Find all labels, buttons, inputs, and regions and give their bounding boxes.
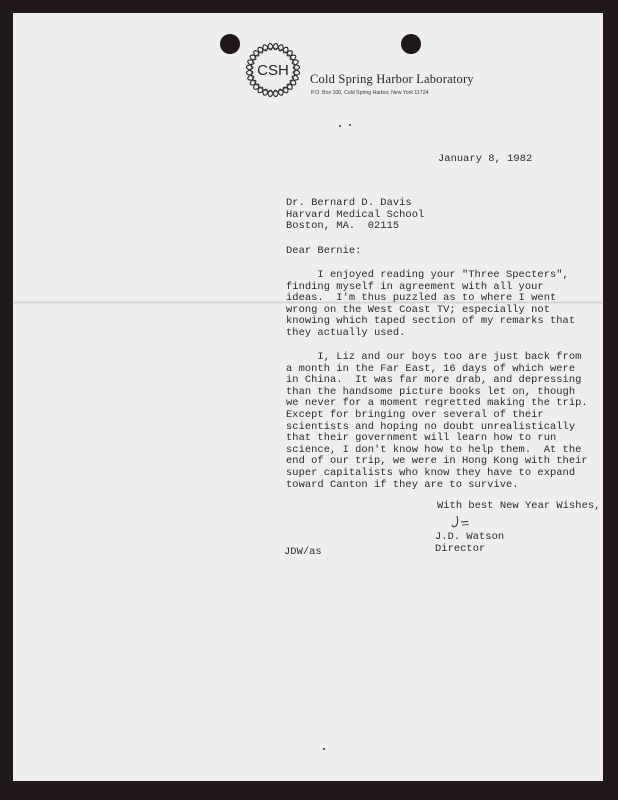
letter-date: January 8, 1982 xyxy=(438,154,532,166)
typist-initials: JDW/as xyxy=(284,547,322,559)
salutation: Dear Bernie: xyxy=(286,246,361,258)
recipient-name: Dr. Bernard D. Davis xyxy=(286,197,412,209)
paper-speck xyxy=(339,125,341,127)
csh-logo-icon: CSH xyxy=(244,41,302,99)
paper-speck xyxy=(323,748,325,750)
closing-line: With best New Year Wishes, xyxy=(437,501,600,513)
signer-name: J.D. Watson xyxy=(435,531,504,543)
punch-hole-right xyxy=(401,34,421,54)
signature-block: J.D. Watson Director xyxy=(435,532,504,555)
recipient-city: Boston, MA. 02115 xyxy=(286,220,399,232)
letter-page: CSH Cold Spring Harbor Laboratory P.O. B… xyxy=(13,13,603,781)
paper-speck xyxy=(349,124,351,126)
recipient-institution: Harvard Medical School xyxy=(286,209,424,221)
recipient-address: Dr. Bernard D. Davis Harvard Medical Sch… xyxy=(286,198,424,233)
svg-text:CSH: CSH xyxy=(257,62,289,79)
body-paragraph-2: I, Liz and our boys too are just back fr… xyxy=(286,352,588,491)
handwritten-signature-icon xyxy=(451,515,473,529)
punch-hole-left xyxy=(220,34,240,54)
body-paragraph-1: I enjoyed reading your "Three Specters",… xyxy=(286,270,575,340)
signer-title: Director xyxy=(435,543,485,555)
organization-address: P.O. Box 100, Cold Spring Harbor, New Yo… xyxy=(311,90,428,96)
organization-name: Cold Spring Harbor Laboratory xyxy=(310,72,474,87)
